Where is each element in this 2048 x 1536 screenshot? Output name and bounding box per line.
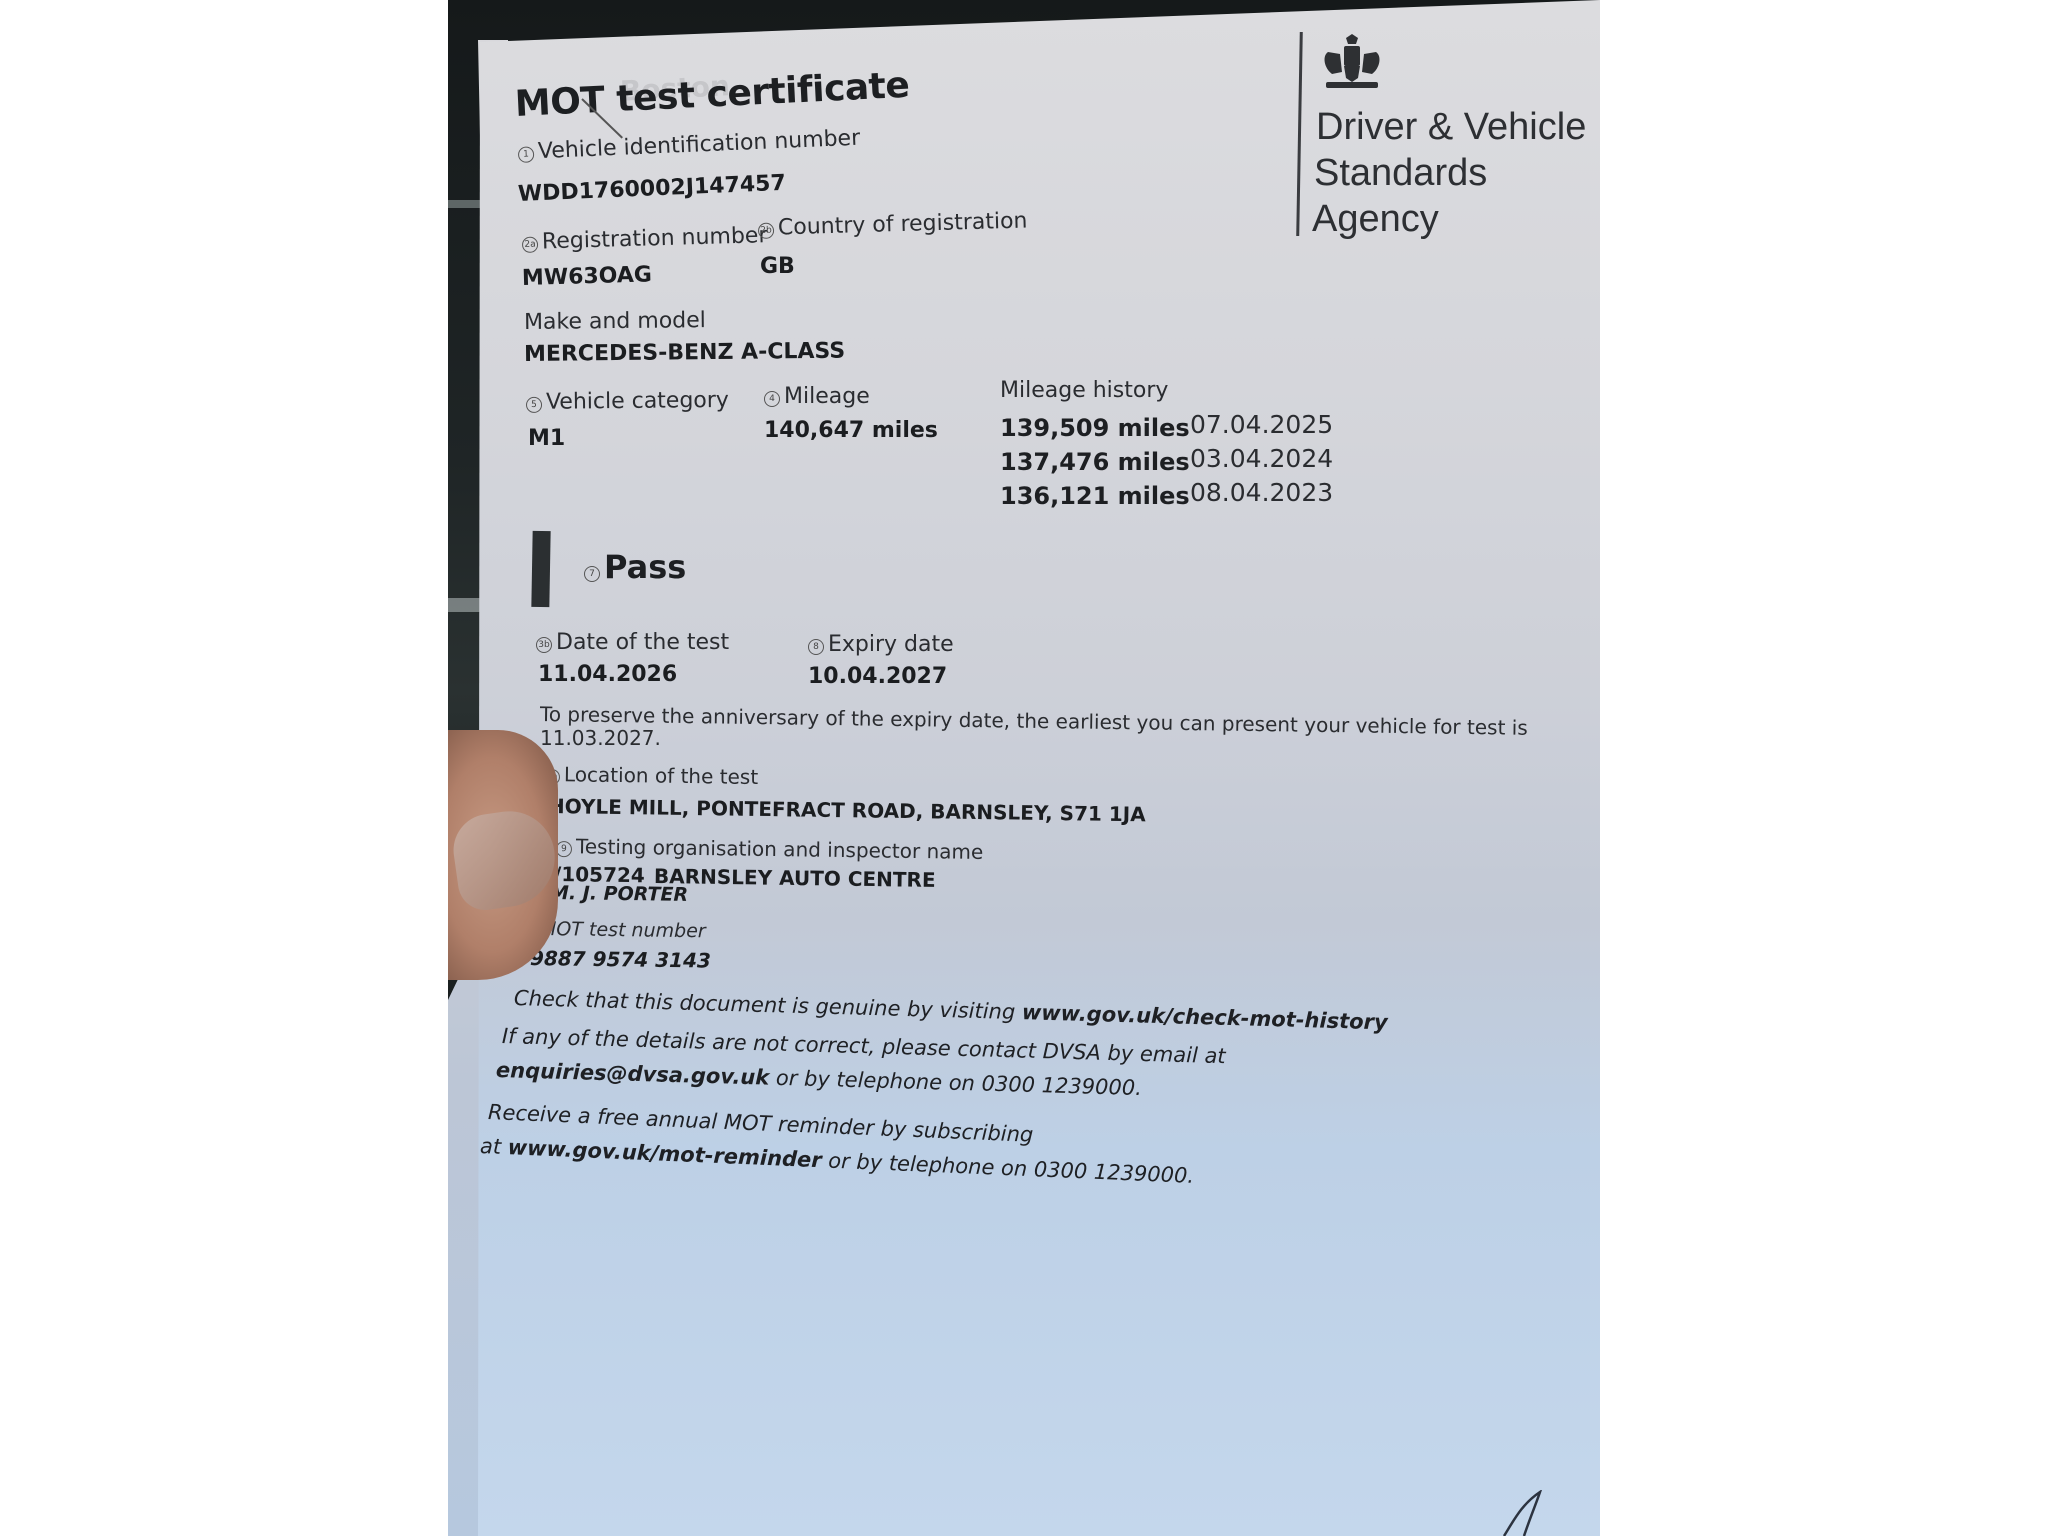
agency-name-line-2: Standards — [1314, 150, 1487, 196]
vehicle-category-label: 5Vehicle category — [526, 388, 729, 415]
field-number-badge: 2a — [522, 237, 538, 253]
test-result: 7Pass — [584, 548, 686, 586]
mileage-history-date: 08.04.2023 — [1190, 478, 1333, 507]
agency-divider — [1296, 32, 1303, 236]
field-number-badge: 2b — [758, 223, 774, 239]
country-label: 2bCountry of registration — [758, 208, 1028, 241]
mileage-history-date: 03.04.2024 — [1190, 444, 1333, 473]
country-value: GB — [760, 254, 795, 279]
registration-label: 2aRegistration number — [522, 223, 768, 255]
testing-organisation-name: BARNSLEY AUTO CENTRE — [654, 864, 936, 892]
expiry-date-value: 10.04.2027 — [808, 664, 947, 689]
inspector-name: M. J. PORTER — [550, 882, 688, 906]
test-date-label: 3bDate of the test — [536, 630, 729, 655]
field-number-badge: 9 — [556, 841, 572, 857]
location-label: 3aLocation of the test — [544, 762, 758, 789]
mileage-history-miles: 139,509 miles — [1000, 414, 1190, 442]
expiry-date-label: 8Expiry date — [808, 632, 954, 657]
agency-name-line-1: Driver & Vehicle — [1316, 104, 1586, 150]
vehicle-category-value: M1 — [528, 426, 565, 451]
mileage-history-date: 07.04.2025 — [1190, 410, 1333, 439]
dvsa-email: enquiries@dvsa.gov.uk — [496, 1058, 770, 1090]
field-number-badge: 1 — [518, 146, 535, 163]
agency-name-line-3: Agency — [1312, 196, 1439, 242]
result-indicator-bar — [531, 531, 550, 607]
field-number-badge: 5 — [526, 397, 542, 413]
mileage-label: 4Mileage — [764, 384, 870, 409]
mileage-history-miles: 136,121 miles — [1000, 482, 1190, 510]
document-title: MOT test certificate — [514, 65, 910, 125]
reminder-link-line: at www.gov.uk/mot-reminder or by telepho… — [479, 1134, 1194, 1188]
location-value: HOYLE MILL, PONTEFRACT ROAD, BARNSLEY, S… — [548, 794, 1146, 826]
signature-mark — [1500, 1490, 1560, 1536]
field-number-badge: 3b — [536, 637, 552, 653]
earliest-test-date: 11.03.2027. — [540, 726, 661, 750]
anniversary-note: To preserve the anniversary of the expir… — [540, 702, 1528, 740]
make-model-label: Make and model — [524, 308, 706, 335]
test-number-label: MOT test number — [540, 918, 706, 942]
field-number-badge: 4 — [764, 391, 780, 407]
vin-label: 1Vehicle identification number — [517, 126, 860, 165]
mileage-history-miles: 137,476 miles — [1000, 448, 1190, 476]
test-date-value: 11.04.2026 — [538, 662, 677, 687]
field-number-badge: 8 — [808, 639, 824, 655]
mot-certificate: Boston MOT test certificate Driver & Veh… — [0, 0, 2048, 1536]
make-model-value: MERCEDES-BENZ A-CLASS — [524, 339, 845, 367]
royal-crest-icon — [1318, 34, 1386, 96]
mileage-history-label: Mileage history — [1000, 378, 1168, 403]
contact-email-line: enquiries@dvsa.gov.uk or by telephone on… — [496, 1058, 1143, 1100]
vin-value: WDD1760002J147457 — [517, 171, 786, 207]
test-number-value: 9887 9574 3143 — [530, 946, 711, 973]
mileage-value: 140,647 miles — [764, 418, 938, 443]
testing-organisation-label: 9Testing organisation and inspector name — [556, 834, 984, 864]
registration-value: MW63OAG — [522, 262, 653, 291]
field-number-badge: 7 — [584, 566, 600, 582]
check-mot-history-link: www.gov.uk/check-mot-history — [1022, 1000, 1388, 1034]
mot-reminder-link: www.gov.uk/mot-reminder — [507, 1135, 822, 1172]
